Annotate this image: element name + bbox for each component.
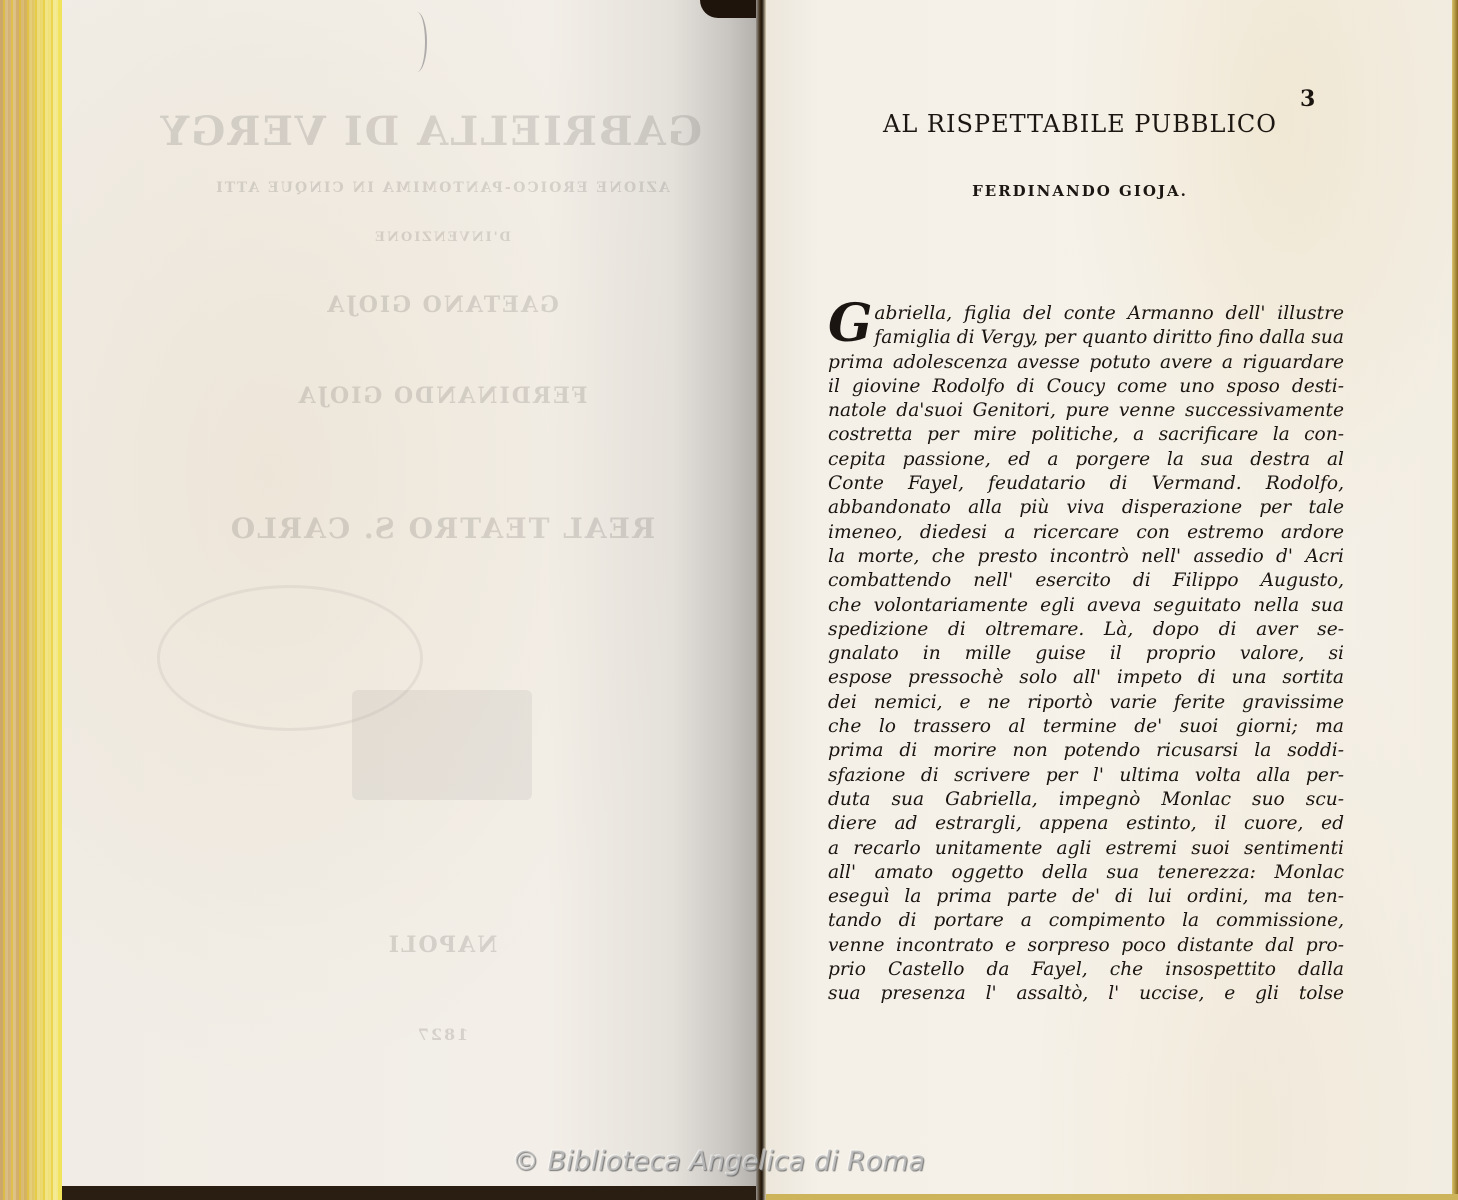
text-line: prima di morire non potendo ricusarsi la…: [828, 739, 1344, 763]
show-through-author: GAETANO GIOJA: [182, 292, 702, 318]
text-line: natole da'suoi Genitori, pure venne succ…: [828, 399, 1344, 423]
show-through-subtitle: AZIONE EROICO-PANTOMIMA IN CINQUE ATTI: [182, 180, 702, 196]
text-line: duta sua Gabriella, impegnò Monlac suo s…: [828, 788, 1344, 812]
text-line: venne incontrato e sorpreso poco distant…: [828, 934, 1344, 958]
text-line: a recarlo unitamente agli estremi suoi s…: [828, 837, 1344, 861]
text-line: tando di portare a compimento la commiss…: [828, 909, 1344, 933]
text-line: eseguì la prima parte de' di lui ordini,…: [828, 885, 1344, 909]
text-line: spedizione di oltremare. Là, dopo di ave…: [828, 618, 1344, 642]
pencil-mark: [407, 12, 427, 72]
show-through-theatre: REAL TEATRO S. CARLO: [182, 512, 702, 545]
bottom-page-edge: [766, 1194, 1458, 1200]
text-line: prima adolescenza avesse potuto avere a …: [828, 351, 1344, 375]
text-line: combattendo nell' esercito di Filippo Au…: [828, 569, 1344, 593]
show-through-vignette: [352, 690, 532, 800]
text-line: sfazione di scrivere per l' ultima volta…: [828, 764, 1344, 788]
drop-cap: G: [828, 304, 872, 344]
text-line: famiglia di Vergy, per quanto diritto fi…: [828, 326, 1344, 350]
page-subheading: FERDINANDO GIOJA.: [820, 182, 1340, 200]
page-number: 3: [1300, 86, 1315, 112]
text-line: gnalato in mille guise il proprio valore…: [828, 642, 1344, 666]
text-line: diere ad estrargli, appena estinto, il c…: [828, 812, 1344, 836]
right-page-edge: [1452, 0, 1458, 1200]
text-line: imeneo, diedesi a ricercare con estremo …: [828, 521, 1344, 545]
text-line: espose pressochè solo all' impeto di una…: [828, 666, 1344, 690]
text-line: abbandonato alla più viva disperazione p…: [828, 496, 1344, 520]
body-text: G abriella, figlia del conte Armanno del…: [828, 302, 1344, 1007]
text-line: prio Castello da Fayel, che insospettito…: [828, 958, 1344, 982]
book-spread: GABRIELLA DI VERGY AZIONE EROICO-PANTOMI…: [0, 0, 1458, 1200]
fore-edge: [0, 0, 62, 1200]
show-through-title: GABRIELLA DI VERGY: [182, 108, 702, 155]
text-line: sua presenza l' assaltò, l' uccise, e gl…: [828, 982, 1344, 1006]
text-line: dei nemici, e ne riportò varie ferite gr…: [828, 691, 1344, 715]
show-through-author-2: FERDINANDO GIOJA: [182, 383, 702, 409]
text-line: che lo trassero al termine de' suoi gior…: [828, 715, 1344, 739]
show-through-year: 1827: [182, 1025, 702, 1044]
text-line: il giovine Rodolfo di Coucy come uno spo…: [828, 375, 1344, 399]
text-line: abriella, figlia del conte Armanno dell'…: [828, 302, 1344, 326]
text-line: la morte, che presto incontrò nell' asse…: [828, 545, 1344, 569]
copyright-watermark: © Biblioteca Angelica di Roma: [512, 1146, 925, 1177]
page-heading: AL RISPETTABILE PUBBLICO: [820, 110, 1340, 138]
text-line: cepita passione, ed a porgere la sua des…: [828, 448, 1344, 472]
text-line: all' amato oggetto della sua tenerezza: …: [828, 861, 1344, 885]
gutter: [756, 0, 766, 1200]
show-through-city: NAPOLI: [182, 932, 702, 958]
left-page: GABRIELLA DI VERGY AZIONE EROICO-PANTOMI…: [62, 0, 756, 1186]
show-through-invenzione: D'INVENZIONE: [182, 230, 702, 245]
text-line: Conte Fayel, feudatario di Vermand. Rodo…: [828, 472, 1344, 496]
text-line: che volontariamente egli aveva seguitato…: [828, 594, 1344, 618]
text-line: costretta per mire politiche, a sacrific…: [828, 423, 1344, 447]
